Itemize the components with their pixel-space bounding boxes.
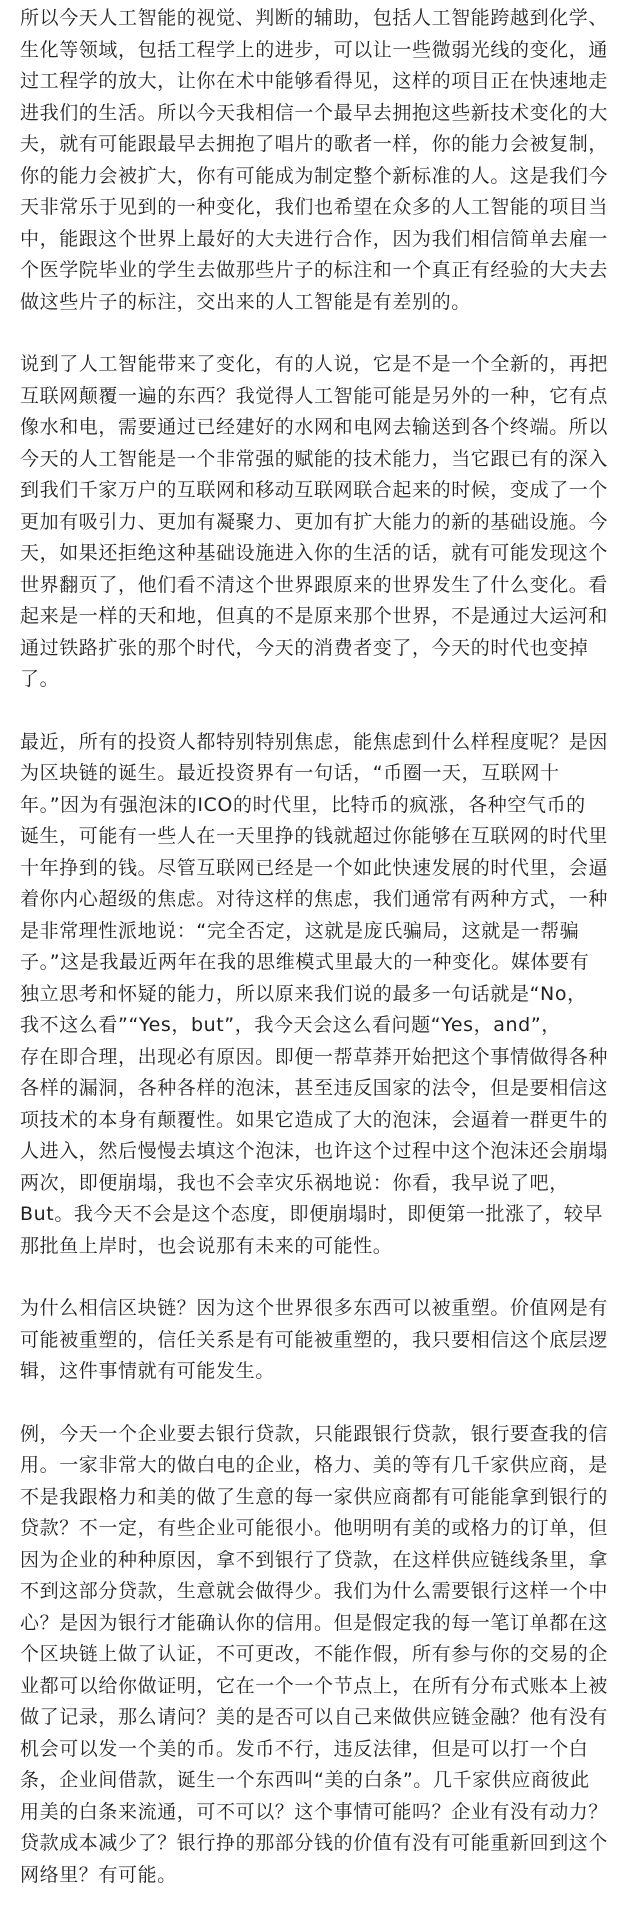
text-line: 十年挣到的钱。尽管互联网已经是一个如此快速发展的时代里，会逼 xyxy=(20,853,620,885)
text-line: 辑，这件事情就有可能发生。 xyxy=(20,1356,620,1388)
text-line: 可能被重塑的，信任关系是有可能被重塑的，我只要相信这个底层逻 xyxy=(20,1325,620,1357)
article-body: 所以今天人工智能的视觉、判断的辅助，包括人工智能跨越到化学、生化等领域，包括工程… xyxy=(0,3,640,1891)
text-line: 世界翻页了，他们看不清这个世界跟原来的世界发生了什么变化。看 xyxy=(20,570,620,602)
text-line: 用美的白条来流通，可不可以？这个事情可能吗？企业有没有动力？ xyxy=(20,1797,620,1829)
text-line: 为什么相信区块链？因为这个世界很多东西可以被重塑。价值网是有 xyxy=(20,1293,620,1325)
text-line: 条，企业间借款，诞生一个东西叫“美的白条”。几千家供应商彼此 xyxy=(20,1765,620,1797)
text-line: 贷款？不一定，有些企业可能很小。他明明有美的或格力的订单，但 xyxy=(20,1513,620,1545)
text-line: 所以今天人工智能的视觉、判断的辅助，包括人工智能跨越到化学、 xyxy=(20,3,620,35)
text-line: 个医学院毕业的学生去做那些片子的标注和一个真正有经验的大夫去 xyxy=(20,255,620,287)
text-line: 用。一家非常大的做白电的企业，格力、美的等有几千家供应商，是 xyxy=(20,1450,620,1482)
text-line: 不是我跟格力和美的做了生意的每一家供应商都有可能能拿到银行的 xyxy=(20,1482,620,1514)
text-line: 互联网颠覆一遍的东西？我觉得人工智能可能是另外的一种，它有点 xyxy=(20,381,620,413)
text-line: 说到了人工智能带来了变化，有的人说，它是不是一个全新的，再把 xyxy=(20,349,620,381)
text-line: 个区块链上做了认证，不可更改，不能作假，所有参与你的交易的企 xyxy=(20,1639,620,1671)
text-line: 两次，即便崩塌，我也不会幸灾乐祸地说：你看，我早说了吧， xyxy=(20,1168,620,1200)
text-line: 到我们千家万户的互联网和移动互联网联合起来的时候，变成了一个 xyxy=(20,475,620,507)
text-line: 人进入，然后慢慢去填这个泡沫，也许这个过程中这个泡沫还会崩塌 xyxy=(20,1136,620,1168)
text-line: 我不这么看”“Yes，but”，我今天会这么看问题“Yes，and”， xyxy=(20,1010,620,1042)
text-line: 更加有吸引力、更加有凝聚力、更加有扩大能力的新的基础设施。今 xyxy=(20,507,620,539)
text-line: 独立思考和怀疑的能力，所以原来我们说的最多一句话就是“No， xyxy=(20,979,620,1011)
text-line: 为区块链的诞生。最近投资界有一句话，“币圈一天，互联网十 xyxy=(20,758,620,790)
text-line: 存在即合理，出现必有原因。即便一帮草莽开始把这个事情做得各种 xyxy=(20,1042,620,1074)
text-line: 业都可以给你做证明，它在一个一个节点上，在所有分布式账本上被 xyxy=(20,1671,620,1703)
text-line: 今天的人工智能是一个非常强的赋能的技术能力，当它跟已有的深入 xyxy=(20,444,620,476)
text-line: 天，如果还拒绝这种基础设施进入你的生活的话，就有可能发现这个 xyxy=(20,538,620,570)
text-line: 网络里？有可能。 xyxy=(20,1860,620,1892)
text-line: 起来是一样的天和地，但真的不是原来那个世界，不是通过大运河和 xyxy=(20,601,620,633)
article-paragraph: 最近，所有的投资人都特别特别焦虑，能焦虑到什么样程度呢？是因为区块链的诞生。最近… xyxy=(20,727,620,1263)
article-paragraph: 例，今天一个企业要去银行贷款，只能跟银行贷款，银行要查我的信用。一家非常大的做白… xyxy=(20,1419,620,1892)
text-line: 着你内心超级的焦虑。对待这样的焦虑，我们通常有两种方式，一种 xyxy=(20,884,620,916)
text-line: 夫，就有可能跟最早去拥抱了唱片的歌者一样，你的能力会被复制， xyxy=(20,129,620,161)
text-line: But。我今天不会是这个态度，即便崩塌时，即便第一批涨了，较早 xyxy=(20,1199,620,1231)
text-line: 像水和电，需要通过已经建好的水网和电网去输送到各个终端。所以 xyxy=(20,412,620,444)
text-line: 是非常理性派地说：“完全否定，这就是庞氏骗局，这就是一帮骗 xyxy=(20,916,620,948)
text-line: 做了记录，那么请问？美的是否可以自己来做供应链金融？他有没有 xyxy=(20,1702,620,1734)
text-line: 子。”这是我最近两年在我的思维模式里最大的一种变化。媒体要有 xyxy=(20,947,620,979)
article-paragraph: 所以今天人工智能的视觉、判断的辅助，包括人工智能跨越到化学、生化等领域，包括工程… xyxy=(20,3,620,318)
text-line: 生化等领域，包括工程学上的进步，可以让一些微弱光线的变化，通 xyxy=(20,35,620,67)
text-line: 机会可以发一个美的币。发币不行，违反法律，但是可以打一个白 xyxy=(20,1734,620,1766)
text-line: 不到这部分贷款，生意就会做得少。我们为什么需要银行这样一个中 xyxy=(20,1576,620,1608)
text-line: 通过铁路扩张的那个时代，今天的消费者变了，今天的时代也变掉 xyxy=(20,633,620,665)
text-line: 因为企业的种种原因，拿不到银行了贷款，在这样供应链线条里，拿 xyxy=(20,1545,620,1577)
text-line: 你的能力会被扩大，你有可能成为制定整个新标准的人。这是我们今 xyxy=(20,161,620,193)
text-line: 贷款成本减少了？银行挣的那部分钱的价值有没有可能重新回到这个 xyxy=(20,1828,620,1860)
text-line: 进我们的生活。所以今天我相信一个最早去拥抱这些新技术变化的大 xyxy=(20,98,620,130)
text-line: 了。 xyxy=(20,664,620,696)
text-line: 最近，所有的投资人都特别特别焦虑，能焦虑到什么样程度呢？是因 xyxy=(20,727,620,759)
text-line: 天非常乐于见到的一种变化，我们也希望在众多的人工智能的项目当 xyxy=(20,192,620,224)
text-line: 各样的漏洞，各种各样的泡沫，甚至违反国家的法令，但是要相信这 xyxy=(20,1073,620,1105)
text-line: 做这些片子的标注，交出来的人工智能是有差别的。 xyxy=(20,287,620,319)
text-line: 过工程学的放大，让你在术中能够看得见，这样的项目正在快速地走 xyxy=(20,66,620,98)
text-line: 项技术的本身有颠覆性。如果它造成了大的泡沫，会逼着一群更牛的 xyxy=(20,1105,620,1137)
text-line: 那批鱼上岸时，也会说那有未来的可能性。 xyxy=(20,1231,620,1263)
article-paragraph: 说到了人工智能带来了变化，有的人说，它是不是一个全新的，再把互联网颠覆一遍的东西… xyxy=(20,349,620,696)
text-line: 心？是因为银行才能确认你的信用。但是假定我的每一笔订单都在这 xyxy=(20,1608,620,1640)
text-line: 中，能跟这个世界上最好的大夫进行合作，因为我们相信简单去雇一 xyxy=(20,224,620,256)
text-line: 例，今天一个企业要去银行贷款，只能跟银行贷款，银行要查我的信 xyxy=(20,1419,620,1451)
article-paragraph: 为什么相信区块链？因为这个世界很多东西可以被重塑。价值网是有可能被重塑的，信任关… xyxy=(20,1293,620,1388)
text-line: 年。”因为有强泡沫的ICO的时代里，比特币的疯涨，各种空气币的 xyxy=(20,790,620,822)
text-line: 诞生，可能有一些人在一天里挣的钱就超过你能够在互联网的时代里 xyxy=(20,821,620,853)
